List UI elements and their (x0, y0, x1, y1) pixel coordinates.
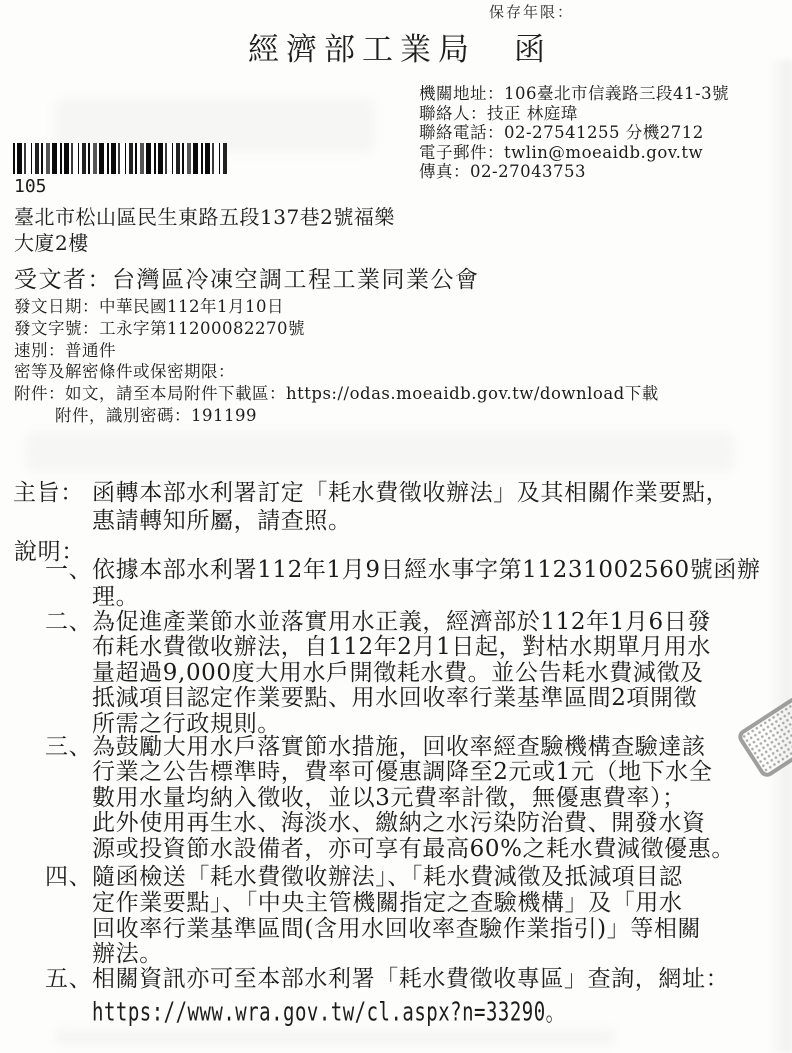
item-line: 量超過9,000度大用水戶開徵耗水費。並公告耗水費減徵及 (92, 661, 711, 686)
attachment-line-2: 附件，識別密碼：191199 (55, 405, 659, 427)
attachment-line-1: 附件：如文，請至本局附件下載區：https://odas.moeaidb.gov… (14, 383, 659, 405)
item-line: 布耗水費徵收辦法，自112年2月1日起，對枯水期單月用水 (92, 635, 711, 660)
item-line: 此外使用再生水、海淡水、繳納之水污染防治費、開發水資 (92, 811, 735, 836)
list-item-4: 四、 隨函檢送「耗水費徵收辦法」、「耗水費減徵及抵減項目認 定作業要點」、「中央… (45, 865, 701, 968)
item-line: 抵減項目認定作業要點、用水回收率行業基準區間2項開徵 (92, 686, 711, 711)
document-title: 經濟部工業局 函 (248, 24, 552, 69)
priority-line: 速別：普通件 (14, 340, 659, 362)
item-number: 一、 (45, 557, 92, 584)
item-line: 定作業要點」、「中央主管機關指定之查驗機構」及「用水 (92, 891, 701, 917)
recipient-line: 受文者：台灣區冷凍空調工程工業同業公會 (14, 261, 480, 294)
item-line: 辦法。 (92, 942, 701, 968)
wra-url-line: https://www.wra.gov.tw/cl.aspx?n=33290。 (92, 996, 729, 1030)
barcode (13, 143, 227, 174)
item-line: 理。 (92, 584, 761, 611)
recipient-address-line-2: 大廈2樓 (14, 227, 89, 256)
document-meta-block: 發文日期：中華民國112年1月10日 發文字號：工永字第11200082270號… (14, 296, 659, 427)
list-item-1: 一、 依據本部水利署112年1月9日經水事字第11231002560號函辦 理。 (45, 557, 761, 610)
document-page: 保存年限： 經濟部工業局 函 機關地址：106臺北市信義路三段41-3號 聯絡人… (0, 0, 792, 1053)
item-line: 行業之公告標準時，費率可優惠調降至2元或1元（地下水全 (92, 760, 735, 785)
list-item-3: 三、 為鼓勵大用水戶落實節水措施，回收率經查驗機構查驗達該 行業之公告標準時，費… (45, 735, 735, 862)
item-line: 為鼓勵大用水戶落實節水措施，回收率經查驗機構查驗達該 (92, 735, 735, 760)
postal-code: 105 (14, 176, 47, 197)
doc-date-line: 發文日期：中華民國112年1月10日 (14, 296, 659, 318)
item-line: 源或投資節水設備者，亦可享有最高60%之耗水費減徵優惠。 (92, 837, 735, 862)
agency-phone-line: 聯絡電話：02-27541255 分機2712 (419, 123, 729, 143)
doc-number-line: 發文字號：工永字第11200082270號 (14, 318, 659, 340)
agency-contact-block: 機關地址：106臺北市信義路三段41-3號 聯絡人：技正 林庭瑋 聯絡電話：02… (419, 84, 729, 182)
subject-label: 主旨： (13, 479, 84, 507)
item-number: 二、 (45, 610, 92, 635)
subject-line: 惠請轉知所屬，請查照。 (92, 507, 729, 535)
security-line: 密等及解密條件或保密期限： (14, 361, 659, 383)
subject-line: 函轉本部水利署訂定「耗水費徵收辦法」及其相關作業要點， (92, 479, 729, 507)
retention-label: 保存年限： (489, 1, 574, 22)
bleed-through-smudge (25, 432, 735, 472)
agency-email-line: 電子郵件：twlin@moeaidb.gov.tw (419, 143, 729, 163)
scan-edge-shade (768, 60, 792, 1053)
recipient-address-line-1: 臺北市松山區民生東路五段137巷2號福樂 (14, 201, 395, 230)
agency-fax-line: 傳真：02-27043753 (419, 162, 729, 182)
item-line: 數用水量均納入徵收，並以3元費率計徵，無優惠費率）； (92, 786, 735, 811)
subject-block: 主旨： 函轉本部水利署訂定「耗水費徵收辦法」及其相關作業要點， 惠請轉知所屬，請… (13, 479, 729, 535)
item-line: 回收率行業基準區間(含用水回收率查驗作業指引)」等相關 (92, 917, 701, 943)
item-line: 為促進產業節水並落實用水正義，經濟部於112年1月6日發 (92, 610, 711, 635)
list-item-5: 五、 相關資訊亦可至本部水利署「耗水費徵收專區」查詢，網址： https://w… (45, 967, 729, 1022)
item-number: 四、 (45, 865, 92, 891)
agency-contact-person-line: 聯絡人：技正 林庭瑋 (419, 104, 729, 124)
item-line: 隨函檢送「耗水費徵收辦法」、「耗水費減徵及抵減項目認 (92, 865, 701, 891)
stamp-mark (735, 694, 792, 780)
bleed-through-smudge (55, 1028, 615, 1046)
item-line: 依據本部水利署112年1月9日經水事字第11231002560號函辦 (92, 557, 761, 584)
item-number: 五、 (45, 967, 92, 992)
list-item-2: 二、 為促進產業節水並落實用水正義，經濟部於112年1月6日發 布耗水費徵收辦法… (45, 610, 711, 737)
item-number: 三、 (45, 735, 92, 760)
item-line: 相關資訊亦可至本部水利署「耗水費徵收專區」查詢，網址： (92, 967, 729, 992)
agency-address-line: 機關地址：106臺北市信義路三段41-3號 (419, 84, 729, 104)
